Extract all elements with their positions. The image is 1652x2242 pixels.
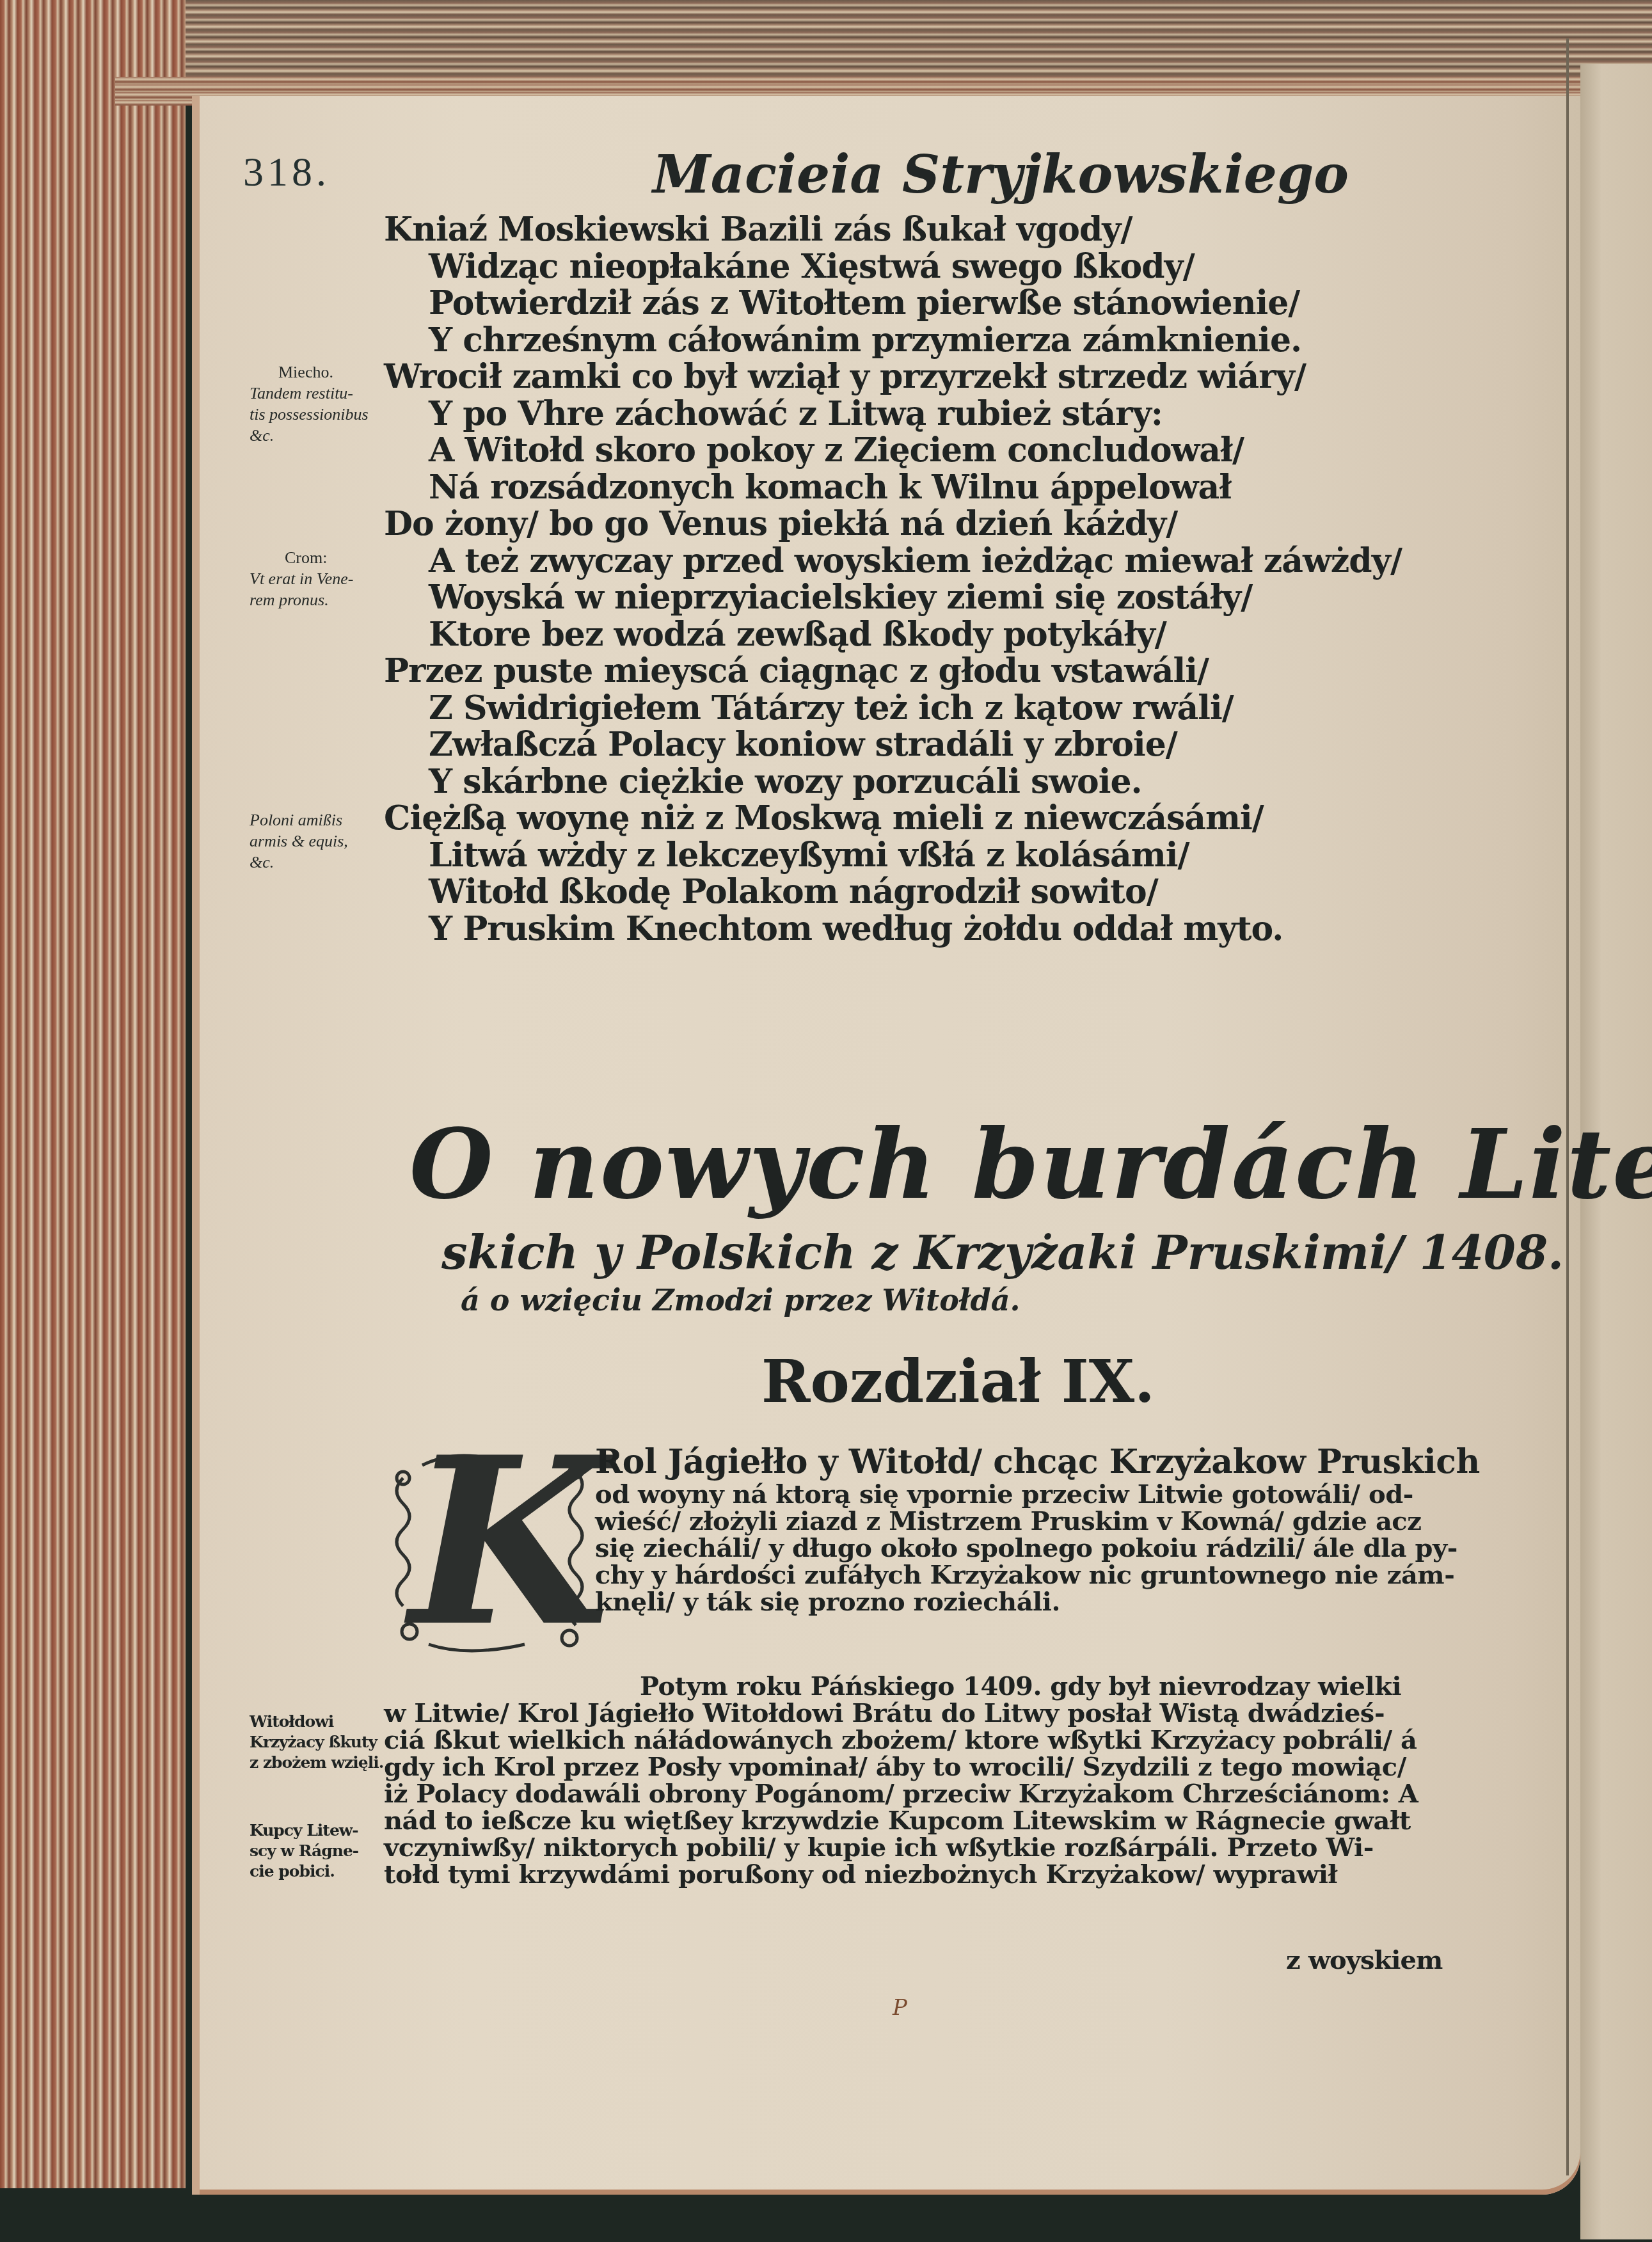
text-line: knęli/ y ták się prozno roziecháli. xyxy=(384,1589,1440,1616)
margin-note-miechovita: Miecho. Tandem restitu- tis possessionib… xyxy=(250,362,387,446)
verse-line: Woyská w nieprzyiacielskiey ziemi się zo… xyxy=(384,579,1472,616)
verse-line: Litwá wżdy z lekczeyßymi vßłá z kolásámi… xyxy=(384,837,1472,874)
margin-note-poloni: Poloni amißis armis & equis, &c. xyxy=(250,809,387,873)
verse-line: Zwłaßczá Polacy koniow stradáli y zbroie… xyxy=(384,726,1472,763)
page-number: 318. xyxy=(243,148,330,196)
verse-line: Witołd ßkodę Polakom nágrodził sowito/ xyxy=(384,873,1472,910)
chapter-number: Rozdział IX. xyxy=(761,1347,1155,1416)
margin-note-line: Vt erat in Vene- xyxy=(250,568,387,589)
verse-line: Wrocił zamki co był wziął y przyrzekł st… xyxy=(384,358,1472,395)
chapter-title: O nowych burdách Litew- xyxy=(409,1110,1652,1219)
margin-note-line: Witołdowi xyxy=(250,1712,387,1732)
text-line: wieść/ złożyli ziazd z Mistrzem Pruskim … xyxy=(384,1508,1440,1535)
margin-note-line: &c. xyxy=(250,425,387,446)
text-line: Rol Jágiełło y Witołd/ chcąc Krzyżakow P… xyxy=(384,1443,1440,1481)
verse-line: Y Pruskim Knechtom według żołdu oddał my… xyxy=(384,910,1472,948)
text-line: tołd tymi krzywdámi porußony od niezbożn… xyxy=(384,1861,1440,1888)
margin-note-line: cie pobici. xyxy=(250,1861,387,1882)
verse-line: A Witołd skoro pokoy z Zięciem concludow… xyxy=(384,432,1472,469)
chapter-text-paragraph: Potym roku Páńskiego 1409. gdy był nievr… xyxy=(384,1673,1440,1888)
margin-note-source: Miecho. xyxy=(250,362,387,383)
running-head: Macieia Stryjkowskiego xyxy=(653,144,1349,205)
margin-note-source: Crom: xyxy=(250,547,387,568)
margin-note-line: z zbożem wzięli. xyxy=(250,1753,387,1773)
margin-note-line: scy w Rágne- xyxy=(250,1841,387,1861)
text-line: od woyny ná ktorą się vpornie przeciw Li… xyxy=(384,1481,1440,1508)
text-line: nád to ießcze ku więtßey krzywdzie Kupco… xyxy=(384,1808,1440,1834)
margin-note-witold: Witołdowi Krzyżacy ßkuty z zbożem wzięli… xyxy=(250,1712,387,1773)
margin-note-line: Kupcy Litew- xyxy=(250,1820,387,1841)
margin-note-line: Poloni amißis xyxy=(250,809,387,831)
margin-note-line: rem pronus. xyxy=(250,589,387,610)
verse-block: Kniaź Moskiewski Bazili zás ßukał vgody/… xyxy=(384,211,1472,947)
book-fore-edge xyxy=(0,0,186,2188)
margin-note-line: Krzyżacy ßkuty xyxy=(250,1732,387,1753)
chapter-subtitle-2: á o wzięciu Zmodzi przez Witołdá. xyxy=(461,1283,1021,1317)
text-line: vczyniwßy/ niktorych pobili/ y kupie ich… xyxy=(384,1834,1440,1861)
verse-line: Widząc nieopłakáne Xięstwá swego ßkody/ xyxy=(384,248,1472,285)
margin-note-line: tis possessionibus xyxy=(250,404,387,425)
margin-note-cromer: Crom: Vt erat in Vene- rem pronus. xyxy=(250,547,387,610)
verse-line: Ná rozsádzonych komach k Wilnu áppelował xyxy=(384,469,1472,506)
margin-note-line: Tandem restitu- xyxy=(250,383,387,404)
text-line: w Litwie/ Krol Jágiełło Witołdowi Brátu … xyxy=(384,1700,1440,1727)
text-line: Potym roku Páńskiego 1409. gdy był nievr… xyxy=(384,1673,1440,1700)
text-line: ciá ßkut wielkich náłádowánych zbożem/ k… xyxy=(384,1727,1440,1754)
verse-line: Do żony/ bo go Venus piekłá ná dzień káż… xyxy=(384,505,1472,543)
verse-line: Potwierdził zás z Witołtem pierwße stáno… xyxy=(384,285,1472,322)
chapter-text-opening: Rol Jágiełło y Witołd/ chcąc Krzyżakow P… xyxy=(384,1443,1440,1616)
margin-note-line: armis & equis, xyxy=(250,831,387,852)
verse-line: Ktore bez wodzá zewßąd ßkody potykáły/ xyxy=(384,616,1472,653)
catchword: z woyskiem xyxy=(1286,1945,1442,1975)
verse-line: Y po Vhre záchowáć z Litwą rubież stáry: xyxy=(384,395,1472,433)
gutter-fold xyxy=(1566,38,1569,2175)
verse-line: Kniaź Moskiewski Bazili zás ßukał vgody/ xyxy=(384,211,1472,248)
verse-line: Przez puste mieyscá ciągnąc z głodu vsta… xyxy=(384,653,1472,690)
text-line: gdy ich Krol przez Posły vpominał/ áby t… xyxy=(384,1754,1440,1781)
verse-line: A też zwyczay przed woyskiem ieżdżąc mie… xyxy=(384,543,1472,580)
margin-note-line: &c. xyxy=(250,852,387,873)
verse-line: Y chrześnym cáłowánim przymierza zámknie… xyxy=(384,322,1472,359)
verse-line: Y skárbne ciężkie wozy porzucáli swoie. xyxy=(384,763,1472,800)
chapter-subtitle: skich y Polskich z Krzyżaki Pruskimi/ 14… xyxy=(441,1225,1564,1280)
signature-mark: P xyxy=(893,1995,907,2021)
margin-note-kupcy: Kupcy Litew- scy w Rágne- cie pobici. xyxy=(250,1820,387,1882)
verse-line: Ciężßą woynę niż z Moskwą mieli z niewcz… xyxy=(384,800,1472,837)
text-line: chy y hárdości zufáłych Krzyżakow nic gr… xyxy=(384,1562,1440,1589)
text-line: iż Polacy dodawáli obrony Pogánom/ przec… xyxy=(384,1781,1440,1808)
verse-line: Z Swidrigiełem Tátárzy też ich z kątow r… xyxy=(384,690,1472,727)
text-line: się ziecháli/ y długo około spolnego pok… xyxy=(384,1535,1440,1562)
